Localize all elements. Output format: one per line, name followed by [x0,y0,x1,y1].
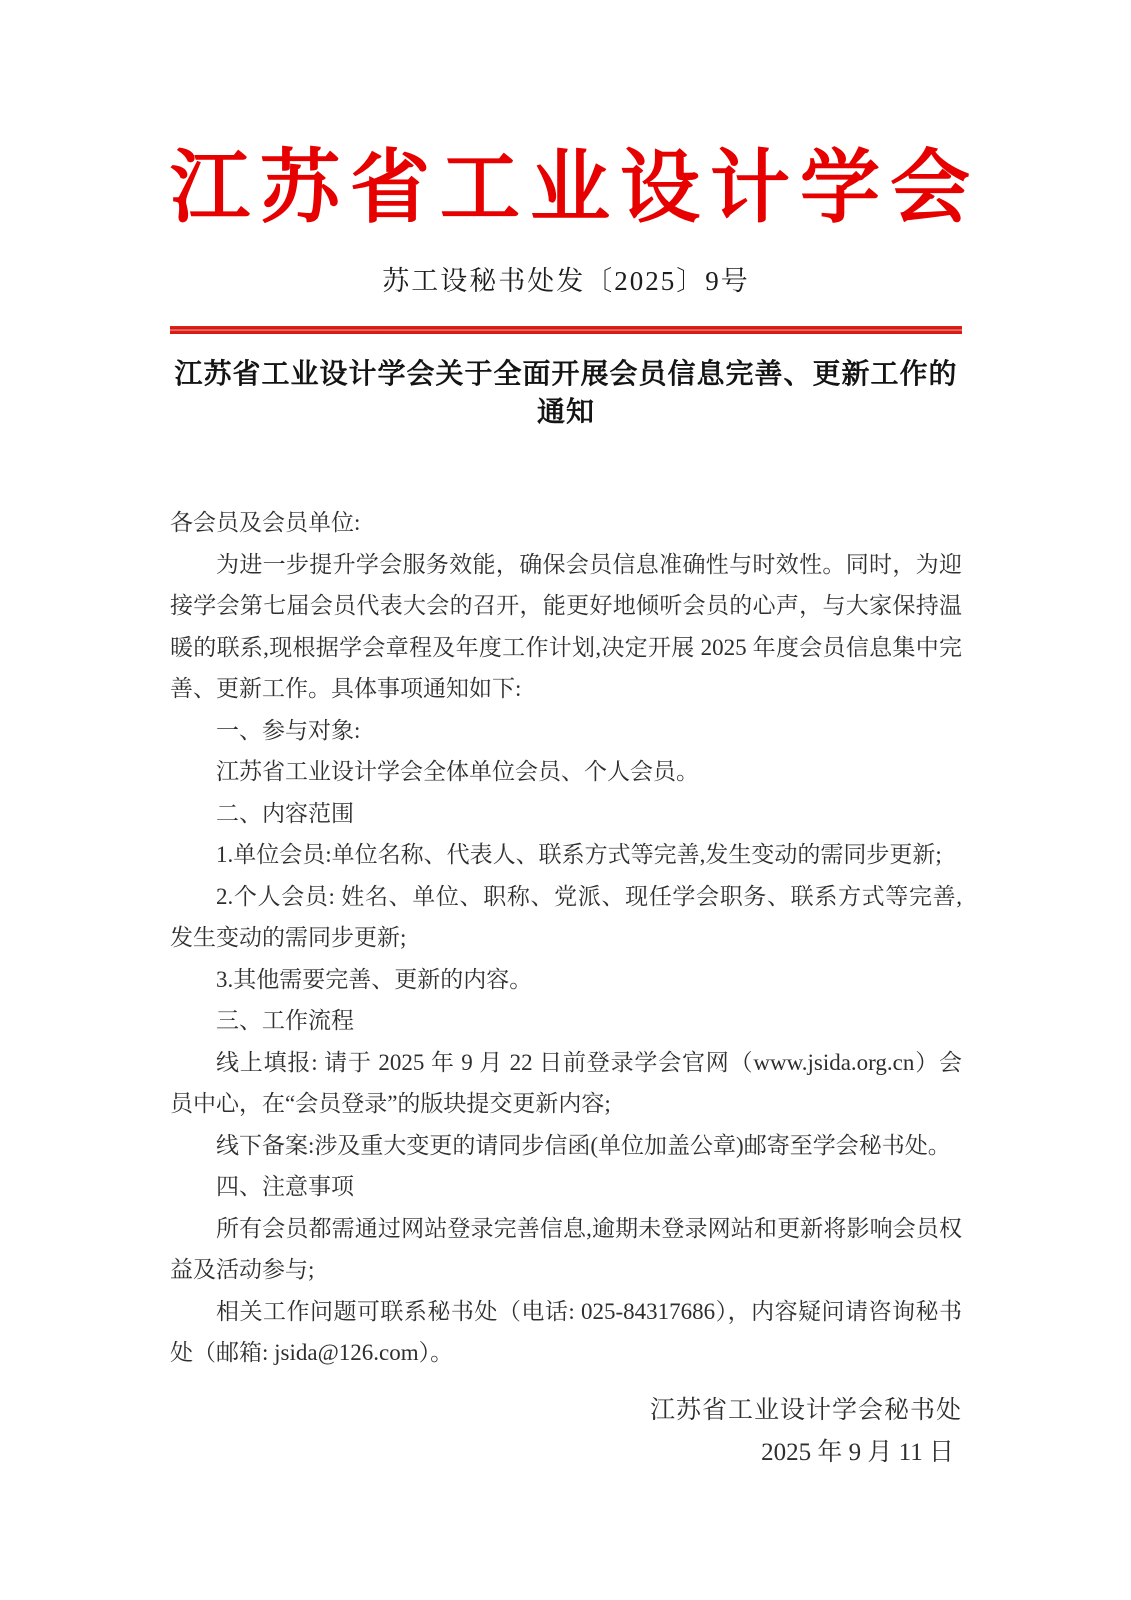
red-divider-rule [170,326,962,334]
section-3-offline-filing: 线下备案:涉及重大变更的请同步信函(单位加盖公章)邮寄至学会秘书处。 [170,1125,962,1167]
section-2-item-3: 3.其他需要完善、更新的内容。 [170,959,962,1001]
section-1-content: 江苏省工业设计学会全体单位会员、个人会员。 [170,751,962,793]
section-3-online-filing: 线上填报: 请于 2025 年 9 月 22 日前登录学会官网（www.jsid… [170,1042,962,1125]
section-2-item-1: 1.单位会员:单位名称、代表人、联系方式等完善,发生变动的需同步更新; [170,834,962,876]
section-1-heading: 一、参与对象: [170,710,962,752]
section-4-contact: 相关工作问题可联系秘书处（电话: 025-84317686），内容疑问请咨询秘书… [170,1291,962,1374]
document-content: 江苏省工业设计学会 苏工设秘书处发〔2025〕9号 江苏省工业设计学会关于全面开… [170,0,962,1474]
section-4-note-1: 所有会员都需通过网站登录完善信息,逾期未登录网站和更新将影响会员权益及活动参与; [170,1208,962,1291]
section-4-heading: 四、注意事项 [170,1166,962,1208]
section-2-item-2: 2.个人会员: 姓名、单位、职称、党派、现任学会职务、联系方式等完善,发生变动的… [170,876,962,959]
salutation: 各会员及会员单位: [170,502,962,544]
signature-date: 2025 年 9 月 11 日 [170,1432,962,1474]
notice-body: 各会员及会员单位: 为进一步提升学会服务效能，确保会员信息准确性与时效性。同时，… [170,502,962,1374]
doc-number: 苏工设秘书处发〔2025〕9号 [170,264,962,298]
signature-organization: 江苏省工业设计学会秘书处 [170,1390,962,1432]
paragraph-intro: 为进一步提升学会服务效能，确保会员信息准确性与时效性。同时，为迎接学会第七届会员… [170,544,962,710]
document-page: 江苏省工业设计学会 苏工设秘书处发〔2025〕9号 江苏省工业设计学会关于全面开… [0,0,1131,1600]
signature-block: 江苏省工业设计学会秘书处 2025 年 9 月 11 日 [170,1390,962,1474]
section-2-heading: 二、内容范围 [170,793,962,835]
notice-title: 江苏省工业设计学会关于全面开展会员信息完善、更新工作的通知 [170,356,962,432]
section-3-heading: 三、工作流程 [170,1000,962,1042]
org-title: 江苏省工业设计学会 [170,0,962,232]
